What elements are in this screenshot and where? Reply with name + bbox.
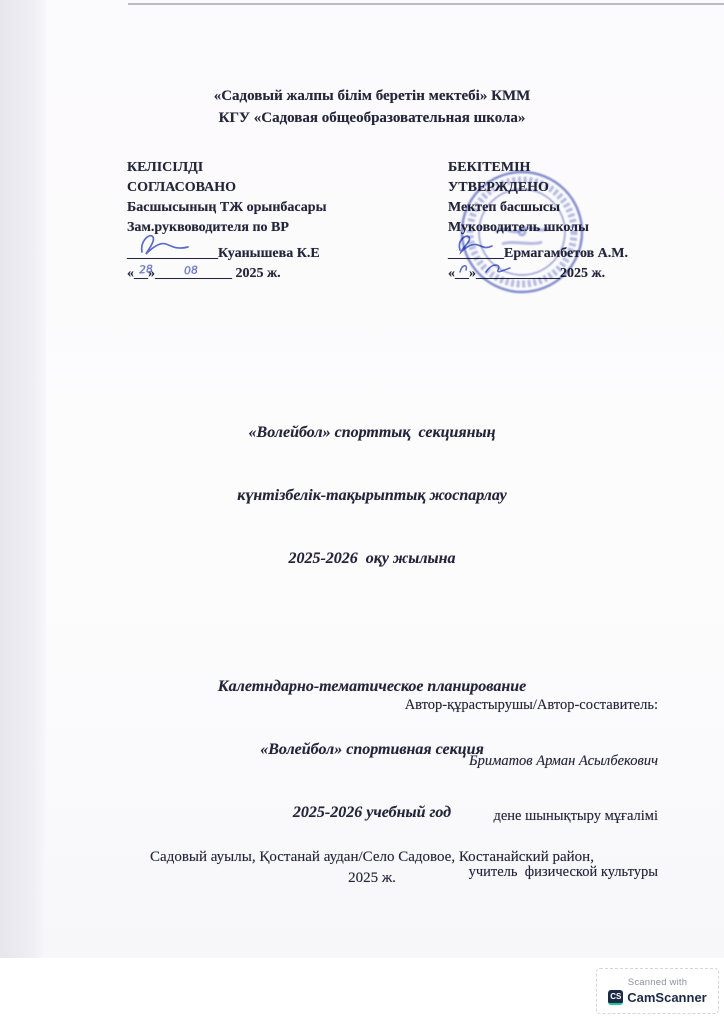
agreed-title-kz: КЕЛІСІЛДІ [127, 158, 327, 178]
agreed-signature-ink [136, 232, 208, 258]
school-name-kz: «Садовый жалпы білім беретін мектебі» КМ… [20, 85, 724, 107]
agreed-block: КЕЛІСІЛДІ СОГЛАСОВАНО Басшысының ТЖ орын… [127, 158, 327, 284]
author-role-kz: дене шынықтыру мұғалімі [405, 807, 658, 826]
camscanner-logo-icon: CS [608, 990, 623, 1005]
scanned-with-label: Scanned with [628, 977, 687, 988]
title-gap [20, 611, 724, 634]
agreed-date-row: «__»___________ 2025 ж. [127, 264, 327, 284]
footer-year: 2025 ж. [20, 868, 724, 889]
footer-block: Садовый ауылы, Қостанай аудан/Село Садов… [20, 847, 724, 889]
agreed-handwritten-day: 28 [139, 263, 154, 277]
footer-location: Садовый ауылы, Қостанай аудан/Село Садов… [20, 847, 724, 868]
agreed-signee: Куанышева К.Е [218, 246, 320, 261]
camscanner-brand-name: CamScanner [627, 990, 706, 1005]
author-name: Бриматов Арман Асылбекович [405, 752, 658, 771]
document-content: «Садовый жалпы білім беретін мектебі» КМ… [0, 0, 724, 958]
title-kz-line2: күнтізбелік-тақырыптық жоспарлау [20, 485, 724, 506]
school-name-ru: КГУ «Садовая общеобразовательная школа» [20, 107, 724, 129]
scanned-document-page: «Садовый жалпы білім беретін мектебі» КМ… [0, 0, 724, 1024]
agreed-title-ru: СОГЛАСОВАНО [127, 178, 327, 198]
agreed-handwritten-month: 08 [184, 264, 199, 278]
title-kz-line1: «Волейбол» спорттық секцияның [20, 422, 724, 443]
camscanner-badge: Scanned with CS CamScanner [596, 968, 719, 1014]
school-header: «Садовый жалпы білім беретін мектебі» КМ… [20, 85, 724, 129]
author-label: Автор-құрастырушы/Автор-составитель: [405, 696, 658, 715]
agreed-role-kz: Басшысының ТЖ орынбасары [127, 198, 327, 218]
school-stamp [452, 162, 592, 302]
camscanner-brand-row: CS CamScanner [608, 990, 706, 1005]
title-kz-line3: 2025-2026 оқу жылына [20, 548, 724, 569]
